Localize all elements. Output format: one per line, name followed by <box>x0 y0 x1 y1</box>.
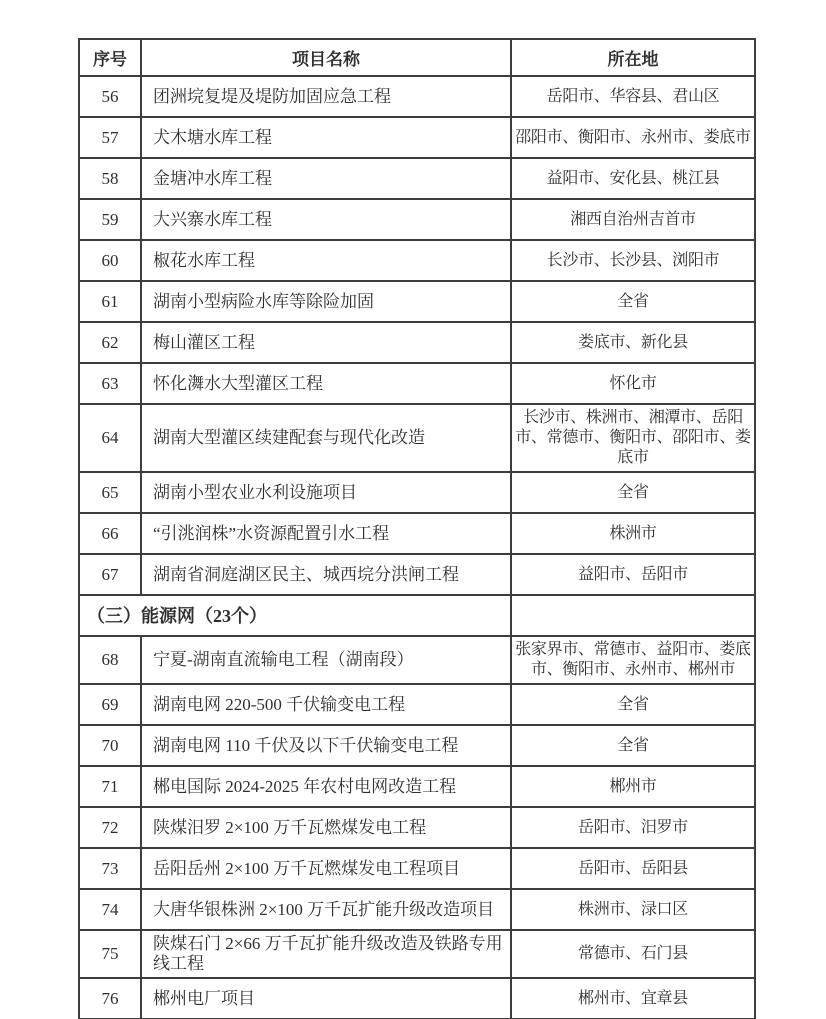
location-cell: 郴州市 <box>511 766 755 807</box>
project-name-cell: 大唐华银株洲 2×100 万千瓦扩能升级改造项目 <box>141 889 511 930</box>
table-row: 60椒花水库工程长沙市、长沙县、浏阳市 <box>79 240 755 281</box>
serial-cell: 68 <box>79 636 141 684</box>
project-name-cell: 椒花水库工程 <box>141 240 511 281</box>
project-name-cell: 湖南小型农业水利设施项目 <box>141 472 511 513</box>
section-label: （三）能源网（23个） <box>79 595 511 636</box>
project-name-cell: 郴州电厂项目 <box>141 978 511 1019</box>
location-cell: 岳阳市、汨罗市 <box>511 807 755 848</box>
table-row: 62梅山灌区工程娄底市、新化县 <box>79 322 755 363</box>
table-row: 72陕煤汨罗 2×100 万千瓦燃煤发电工程岳阳市、汨罗市 <box>79 807 755 848</box>
serial-cell: 63 <box>79 363 141 404</box>
table-row: 70湖南电网 110 千伏及以下千伏输变电工程全省 <box>79 725 755 766</box>
table-row: 74大唐华银株洲 2×100 万千瓦扩能升级改造项目株洲市、渌口区 <box>79 889 755 930</box>
serial-cell: 58 <box>79 158 141 199</box>
location-cell: 怀化市 <box>511 363 755 404</box>
project-name-cell: 湖南小型病险水库等除险加固 <box>141 281 511 322</box>
table-row: 63怀化㵲水大型灌区工程怀化市 <box>79 363 755 404</box>
location-cell: 邵阳市、衡阳市、永州市、娄底市 <box>511 117 755 158</box>
serial-cell: 59 <box>79 199 141 240</box>
project-name-cell: 岳阳岳州 2×100 万千瓦燃煤发电工程项目 <box>141 848 511 889</box>
header-location: 所在地 <box>511 39 755 76</box>
table-row: 73岳阳岳州 2×100 万千瓦燃煤发电工程项目岳阳市、岳阳县 <box>79 848 755 889</box>
table-row: 61湖南小型病险水库等除险加固全省 <box>79 281 755 322</box>
table-row: 68宁夏-湖南直流输电工程（湖南段）张家界市、常德市、益阳市、娄底市、衡阳市、永… <box>79 636 755 684</box>
location-cell: 全省 <box>511 725 755 766</box>
serial-cell: 61 <box>79 281 141 322</box>
table-row: 57犬木塘水库工程邵阳市、衡阳市、永州市、娄底市 <box>79 117 755 158</box>
serial-cell: 69 <box>79 684 141 725</box>
project-name-cell: 湖南省洞庭湖区民主、城西垸分洪闸工程 <box>141 554 511 595</box>
project-name-cell: 大兴寨水库工程 <box>141 199 511 240</box>
location-cell: 株洲市、渌口区 <box>511 889 755 930</box>
projects-table: 序号 项目名称 所在地 56团洲垸复堤及堤防加固应急工程岳阳市、华容县、君山区5… <box>78 38 756 1019</box>
table-row: 69湖南电网 220-500 千伏输变电工程全省 <box>79 684 755 725</box>
location-cell: 湘西自治州吉首市 <box>511 199 755 240</box>
serial-cell: 70 <box>79 725 141 766</box>
table-row: 56团洲垸复堤及堤防加固应急工程岳阳市、华容县、君山区 <box>79 76 755 117</box>
table-row: 71郴电国际 2024-2025 年农村电网改造工程郴州市 <box>79 766 755 807</box>
document-page: 序号 项目名称 所在地 56团洲垸复堤及堤防加固应急工程岳阳市、华容县、君山区5… <box>0 0 826 1019</box>
location-cell: 张家界市、常德市、益阳市、娄底市、衡阳市、永州市、郴州市 <box>511 636 755 684</box>
location-cell: 全省 <box>511 684 755 725</box>
location-cell: 株洲市 <box>511 513 755 554</box>
location-cell: 岳阳市、华容县、君山区 <box>511 76 755 117</box>
serial-cell: 64 <box>79 404 141 472</box>
location-cell: 郴州市、宜章县 <box>511 978 755 1019</box>
serial-cell: 76 <box>79 978 141 1019</box>
table-row: 64湖南大型灌区续建配套与现代化改造长沙市、株洲市、湘潭市、岳阳市、常德市、衡阳… <box>79 404 755 472</box>
project-name-cell: 陕煤石门 2×66 万千瓦扩能升级改造及铁路专用线工程 <box>141 930 511 978</box>
table-row: 65湖南小型农业水利设施项目全省 <box>79 472 755 513</box>
header-project-name: 项目名称 <box>141 39 511 76</box>
serial-cell: 73 <box>79 848 141 889</box>
serial-cell: 66 <box>79 513 141 554</box>
section-row: （三）能源网（23个） <box>79 595 755 636</box>
location-cell: 全省 <box>511 281 755 322</box>
table-row: 59大兴寨水库工程湘西自治州吉首市 <box>79 199 755 240</box>
project-name-cell: 郴电国际 2024-2025 年农村电网改造工程 <box>141 766 511 807</box>
location-cell: 岳阳市、岳阳县 <box>511 848 755 889</box>
table-row: 75陕煤石门 2×66 万千瓦扩能升级改造及铁路专用线工程常德市、石门县 <box>79 930 755 978</box>
serial-cell: 60 <box>79 240 141 281</box>
project-name-cell: 湖南大型灌区续建配套与现代化改造 <box>141 404 511 472</box>
location-cell: 益阳市、岳阳市 <box>511 554 755 595</box>
serial-cell: 62 <box>79 322 141 363</box>
project-name-cell: 梅山灌区工程 <box>141 322 511 363</box>
project-name-cell: 湖南电网 110 千伏及以下千伏输变电工程 <box>141 725 511 766</box>
serial-cell: 74 <box>79 889 141 930</box>
table-row: 67湖南省洞庭湖区民主、城西垸分洪闸工程益阳市、岳阳市 <box>79 554 755 595</box>
project-name-cell: 犬木塘水库工程 <box>141 117 511 158</box>
table-row: 76郴州电厂项目郴州市、宜章县 <box>79 978 755 1019</box>
project-name-cell: “引洮润株”水资源配置引水工程 <box>141 513 511 554</box>
location-cell: 全省 <box>511 472 755 513</box>
serial-cell: 71 <box>79 766 141 807</box>
serial-cell: 75 <box>79 930 141 978</box>
location-cell: 常德市、石门县 <box>511 930 755 978</box>
serial-cell: 56 <box>79 76 141 117</box>
project-name-cell: 宁夏-湖南直流输电工程（湖南段） <box>141 636 511 684</box>
project-name-cell: 陕煤汨罗 2×100 万千瓦燃煤发电工程 <box>141 807 511 848</box>
table-row: 58金塘冲水库工程益阳市、安化县、桃江县 <box>79 158 755 199</box>
table-body: 56团洲垸复堤及堤防加固应急工程岳阳市、华容县、君山区57犬木塘水库工程邵阳市、… <box>79 76 755 1019</box>
project-name-cell: 团洲垸复堤及堤防加固应急工程 <box>141 76 511 117</box>
table-row: 66“引洮润株”水资源配置引水工程株洲市 <box>79 513 755 554</box>
location-cell: 长沙市、长沙县、浏阳市 <box>511 240 755 281</box>
project-name-cell: 金塘冲水库工程 <box>141 158 511 199</box>
serial-cell: 65 <box>79 472 141 513</box>
location-cell: 娄底市、新化县 <box>511 322 755 363</box>
project-name-cell: 怀化㵲水大型灌区工程 <box>141 363 511 404</box>
serial-cell: 72 <box>79 807 141 848</box>
location-cell: 益阳市、安化县、桃江县 <box>511 158 755 199</box>
serial-cell: 57 <box>79 117 141 158</box>
serial-cell: 67 <box>79 554 141 595</box>
project-name-cell: 湖南电网 220-500 千伏输变电工程 <box>141 684 511 725</box>
header-row: 序号 项目名称 所在地 <box>79 39 755 76</box>
location-cell <box>511 595 755 636</box>
header-serial: 序号 <box>79 39 141 76</box>
location-cell: 长沙市、株洲市、湘潭市、岳阳市、常德市、衡阳市、邵阳市、娄底市 <box>511 404 755 472</box>
